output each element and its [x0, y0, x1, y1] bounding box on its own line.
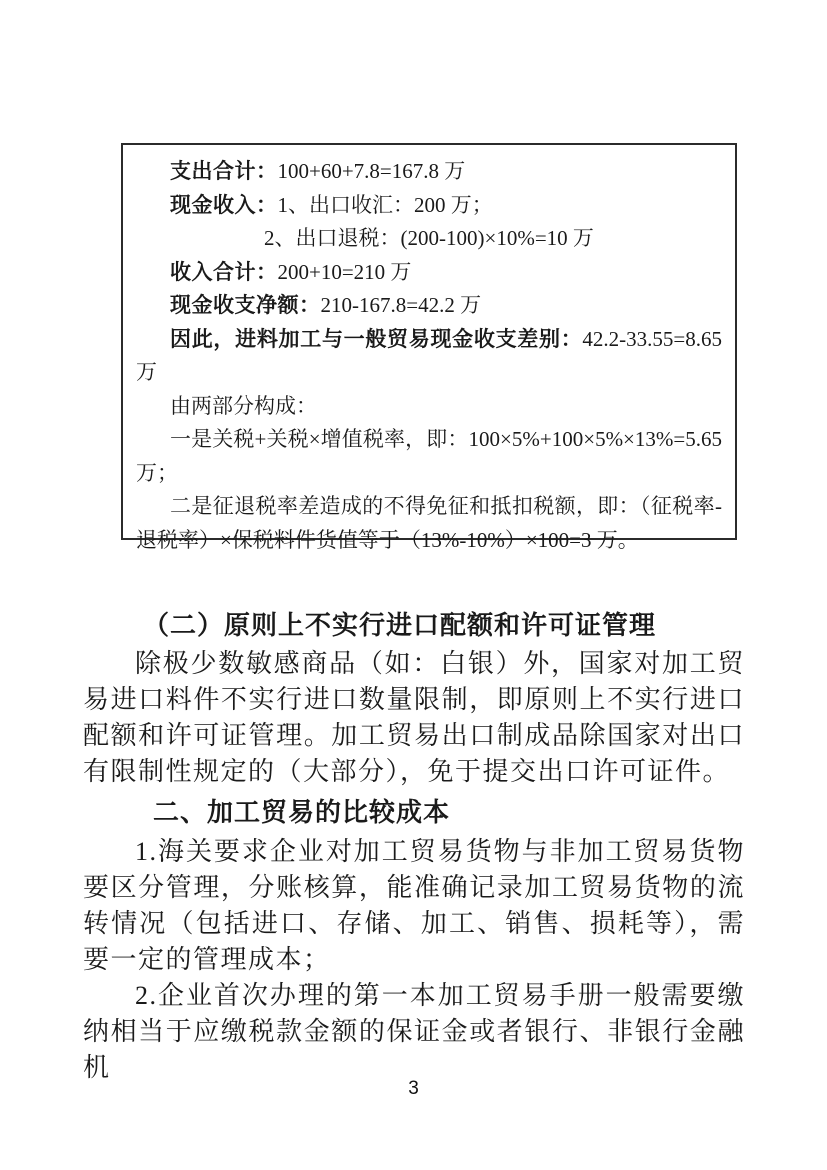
calc-line: 现金收支净额：210-167.8=42.2 万 [136, 289, 722, 323]
calc-line: 一是关税+关税×增值税率，即：100×5%+100×5%×13%=5.65 万； [136, 423, 722, 490]
paragraph-cost-item-1: 1.海关要求企业对加工贸易货物与非加工贸易货物要区分管理，分账核算，能准确记录加… [83, 834, 745, 978]
calc-line-label: 因此，进料加工与一般贸易现金收支差别： [170, 328, 582, 351]
calc-line-text: 二是征退税率差造成的不得免征和抵扣税额，即：（征税率-退税率）×保税料件货值等于… [136, 494, 722, 552]
calc-line-text: 1、出口收汇：200 万； [278, 193, 493, 217]
document-page: 支出合计：100+60+7.8=167.8 万 现金收入：1、出口收汇：200 … [0, 0, 827, 1170]
calc-line-label: 现金收入： [170, 194, 278, 217]
calculation-box: 支出合计：100+60+7.8=167.8 万 现金收入：1、出口收汇：200 … [121, 143, 737, 540]
calc-line: 2、出口退税：(200-100)×10%=10 万 [136, 222, 722, 256]
calc-line-text: 2、出口退税：(200-100)×10%=10 万 [264, 226, 594, 250]
section-heading-import-quota: （二）原则上不实行进口配额和许可证管理 [83, 604, 745, 646]
calc-line: 由两部分构成： [136, 390, 722, 424]
calc-line-label: 收入合计： [170, 261, 278, 284]
calc-line-label: 现金收支净额： [170, 294, 321, 317]
calc-line-text: 200+10=210 万 [278, 260, 412, 284]
calc-line-text: 100+60+7.8=167.8 万 [278, 159, 466, 183]
calc-line-text: 由两部分构成： [170, 394, 317, 418]
calc-line: 收入合计：200+10=210 万 [136, 256, 722, 290]
calc-line: 二是征退税率差造成的不得免征和抵扣税额，即：（征税率-退税率）×保税料件货值等于… [136, 490, 722, 557]
paragraph-cost-item-2: 2.企业首次办理的第一本加工贸易手册一般需要缴纳相当于应缴税款金额的保证金或者银… [83, 978, 745, 1086]
section-heading-comparative-cost: 二、加工贸易的比较成本 [83, 790, 745, 834]
calc-line-conclusion: 因此，进料加工与一般贸易现金收支差别：42.2-33.55=8.65 万 [136, 323, 722, 390]
page-number: 3 [0, 1078, 827, 1100]
calc-line-text: 210-167.8=42.2 万 [321, 293, 482, 317]
calc-line: 现金收入：1、出口收汇：200 万； [136, 189, 722, 223]
document-body: （二）原则上不实行进口配额和许可证管理 除极少数敏感商品（如：白银）外，国家对加… [83, 604, 745, 1086]
calc-line-text: 一是关税+关税×增值税率，即：100×5%+100×5%×13%=5.65 万； [136, 427, 722, 485]
paragraph-import-quota: 除极少数敏感商品（如：白银）外，国家对加工贸易进口料件不实行进口数量限制，即原则… [83, 646, 745, 790]
calc-line-label: 支出合计： [170, 160, 278, 183]
calc-line: 支出合计：100+60+7.8=167.8 万 [136, 155, 722, 189]
